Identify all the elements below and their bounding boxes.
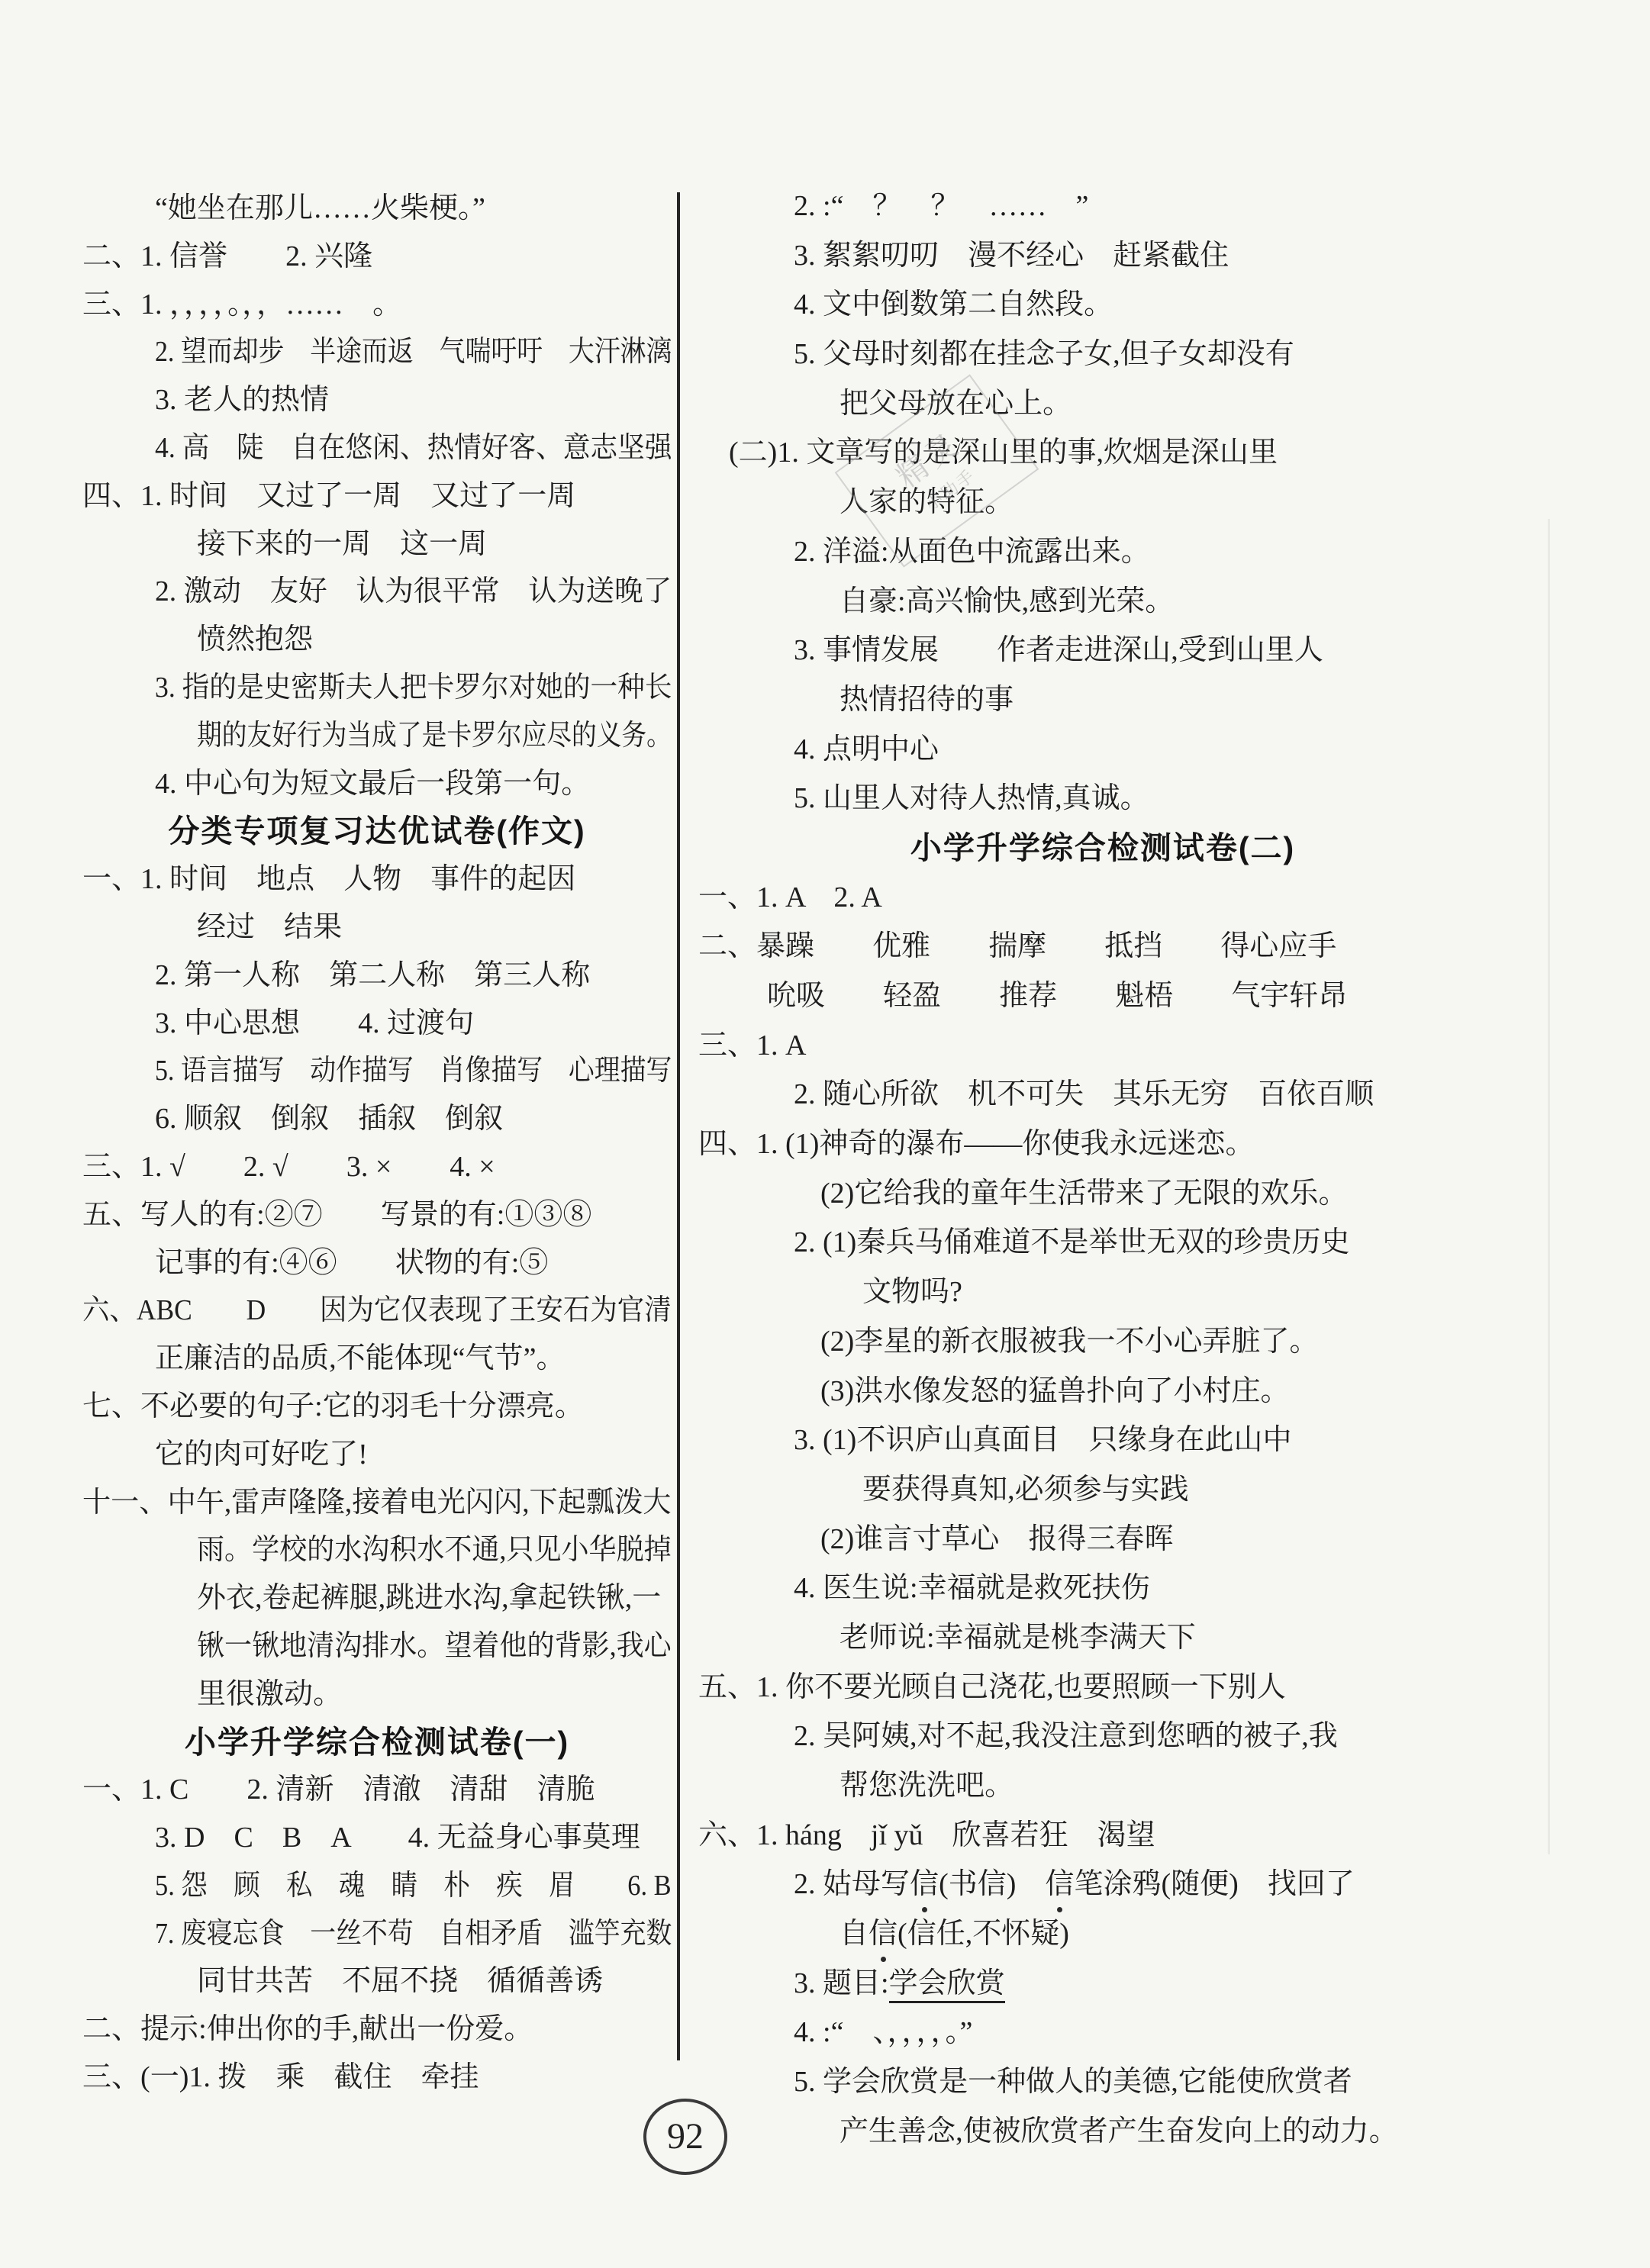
- answer-line: 3. 指的是史密斯夫人把卡罗尔对她的一种长: [82, 664, 672, 712]
- answer-line: 记事的有:④⑥ 状物的有:⑤: [82, 1239, 672, 1287]
- section-header: 分类专项复习达优试卷(作文): [82, 807, 672, 855]
- answer-line: (二)1. 文章写的是深山里的事,炊烟是深山里: [698, 428, 1507, 478]
- answer-line: 产生善念,使被欣赏者产生奋发向上的动力。: [698, 2107, 1507, 2157]
- answer-line: 愤然抱怨: [82, 616, 672, 664]
- answer-line: 二、暴躁 优雅 揣摩 抵挡 得心应手: [698, 922, 1507, 971]
- page-number-badge: 92: [643, 2099, 727, 2175]
- answer-line: 同甘共苦 不屈不挠 循循善诱: [82, 1957, 672, 2005]
- answer-line: 2. 第一人称 第二人称 第三人称: [82, 952, 672, 1000]
- answer-line: 七、不必要的句子:它的羽毛十分漂亮。: [82, 1383, 672, 1431]
- right-column: 2. :“ ？ ？ …… ”3. 絮絮叨叨 漫不经心 赶紧截住4. 文中倒数第二…: [698, 182, 1507, 2157]
- left-column: “她坐在那儿……火柴梗。”二、1. 信誉 2. 兴隆三、1. ，，，，。，，………: [82, 185, 672, 2102]
- answer-line: 老师说:幸福就是桃李满天下: [698, 1613, 1507, 1663]
- answer-line: 7. 废寝忘食 一丝不苟 自相矛盾 滥竽充数: [82, 1910, 672, 1958]
- answer-line: (3)洪水像发怒的猛兽扑向了小村庄。: [698, 1367, 1507, 1416]
- answer-line: 锹一锹地清沟排水。望着他的背影,我心: [82, 1622, 672, 1670]
- answer-line: 4. :“ 、，，，，。”: [698, 2008, 1507, 2057]
- answer-line: 5. 学会欣赏是一种做人的美德,它能使欣赏者: [698, 2057, 1507, 2107]
- answer-line: 5. 父母时刻都在挂念子女,但子女却没有: [698, 330, 1507, 379]
- answer-line: 经过 结果: [82, 904, 672, 952]
- answer-line: 3. (1)不识庐山真面目 只缘身在此山中: [698, 1416, 1507, 1465]
- answer-line: (2)李星的新衣服被我一不小心弄脏了。: [698, 1317, 1507, 1367]
- answer-line: 2. 吴阿姨,对不起,我没注意到您晒的被子,我: [698, 1712, 1507, 1761]
- answer-line: 接下来的一周 这一周: [82, 520, 672, 569]
- answer-line: 一、1. 时间 地点 人物 事件的起因: [82, 855, 672, 904]
- answer-line: 三、1. ，，，，。，，…… 。: [82, 281, 672, 329]
- section-header: 小学升学综合检测试卷(二): [698, 823, 1507, 873]
- answer-line: 2. (1)秦兵马俑难道不是举世无双的珍贵历史: [698, 1218, 1507, 1268]
- answer-line: 文物吗?: [698, 1268, 1507, 1317]
- answer-line: 外衣,卷起裤腿,跳进水沟,拿起铁锹,一: [82, 1574, 672, 1622]
- answer-line: 它的肉可好吃了!: [82, 1431, 672, 1479]
- answer-line: 自豪:高兴愉快,感到光荣。: [698, 577, 1507, 627]
- answer-line: 2. 随心所欲 机不可失 其乐无穷 百依百顺: [698, 1070, 1507, 1120]
- answer-line: 3. 老人的热情: [82, 376, 672, 424]
- answer-line: 五、写人的有:②⑦ 写景的有:①③⑧: [82, 1191, 672, 1239]
- answer-line: 里很激动。: [82, 1670, 672, 1719]
- answer-line: 一、1. A 2. A: [698, 873, 1507, 923]
- answer-line: 3. 中心思想 4. 过渡句: [82, 1000, 672, 1048]
- answer-line: 把父母放在心上。: [698, 379, 1507, 429]
- answer-line: 六、1. háng jǐ yǔ 欣喜若狂 渴望: [698, 1811, 1507, 1860]
- answer-line: (2)它给我的童年生活带来了无限的欢乐。: [698, 1169, 1507, 1219]
- answer-line: 吮吸 轻盈 推荐 魁梧 气宇轩昂: [698, 971, 1507, 1021]
- answer-line: 4. 点明中心: [698, 725, 1507, 775]
- answer-key-page: “她坐在那儿……火柴梗。”二、1. 信誉 2. 兴隆三、1. ，，，，。，，………: [0, 0, 1650, 2268]
- answer-line: 4. 中心句为短文最后一段第一句。: [82, 760, 672, 808]
- answer-line: 四、1. 时间 又过了一周 又过了一周: [82, 472, 672, 520]
- answer-line: 4. 医生说:幸福就是救死扶伤: [698, 1564, 1507, 1613]
- answer-line: 三、1. A: [698, 1021, 1507, 1071]
- answer-line: 自信(信任,不怀疑): [698, 1909, 1507, 1959]
- page-number: 92: [667, 2116, 704, 2157]
- answer-line: 期的友好行为当成了是卡罗尔应尽的义务。: [82, 712, 672, 760]
- answer-line: 帮您洗洗吧。: [698, 1761, 1507, 1811]
- answer-line: 2. 激动 友好 认为很平常 认为送晚了: [82, 568, 672, 616]
- answer-line: 一、1. C 2. 清新 清澈 清甜 清脆: [82, 1766, 672, 1814]
- answer-line: 4. 高 陡 自在悠闲、热情好客、意志坚强: [82, 424, 672, 472]
- answer-line: 雨。学校的水沟积水不通,只见小华脱掉: [82, 1526, 672, 1574]
- answer-line: 4. 文中倒数第二自然段。: [698, 280, 1507, 330]
- answer-line: 5. 怨 顾 私 魂 睛 朴 疾 眉 6. B: [82, 1862, 672, 1910]
- answer-line: 5. 山里人对待人热情,真诚。: [698, 774, 1507, 823]
- answer-line: 热情招待的事: [698, 675, 1507, 725]
- column-divider-rule: [677, 192, 680, 2060]
- answer-line: 二、1. 信誉 2. 兴隆: [82, 233, 672, 281]
- answer-line: 正廉洁的品质,不能体现“气节”。: [82, 1335, 672, 1383]
- answer-line: 要获得真知,必须参与实践: [698, 1465, 1507, 1515]
- answer-line: 6. 顺叙 倒叙 插叙 倒叙: [82, 1095, 672, 1143]
- answer-line: 3. 题目:学会欣赏: [698, 1959, 1507, 2009]
- answer-line: 人家的特征。: [698, 478, 1507, 527]
- answer-line: 3. D C B A 4. 无益身心事莫理: [82, 1814, 672, 1862]
- answer-line: 5. 语言描写 动作描写 肖像描写 心理描写: [82, 1047, 672, 1095]
- answer-line: 五、1. 你不要光顾自己浇花,也要照顾一下别人: [698, 1663, 1507, 1712]
- answer-line: 2. :“ ？ ？ …… ”: [698, 182, 1507, 231]
- answer-line: 六、ABC D 因为它仅表现了王安石为官清: [82, 1287, 672, 1335]
- answer-line: 二、提示:伸出你的手,献出一份爱。: [82, 2005, 672, 2054]
- answer-line: 四、1. (1)神奇的瀑布——你使我永远迷恋。: [698, 1120, 1507, 1169]
- section-header: 小学升学综合检测试卷(一): [82, 1719, 672, 1767]
- answer-line: 2. 望而却步 半途而返 气喘吁吁 大汗淋漓: [82, 328, 672, 376]
- answer-line: (2)谁言寸草心 报得三春晖: [698, 1515, 1507, 1564]
- scan-artifact-streak: [1548, 519, 1550, 1854]
- answer-line: 十一、中午,雷声隆隆,接着电光闪闪,下起瓢泼大: [82, 1479, 672, 1527]
- answer-line: 三、(一)1. 拨 乘 截住 牵挂: [82, 2054, 672, 2102]
- answer-line: 3. 事情发展 作者走进深山,受到山里人: [698, 626, 1507, 675]
- answer-line: 3. 絮絮叨叨 漫不经心 赶紧截住: [698, 231, 1507, 281]
- answer-line: “她坐在那儿……火柴梗。”: [82, 185, 672, 233]
- answer-line: 2. 姑母写信(书信) 信笔涂鸦(随便) 找回了: [698, 1860, 1507, 1909]
- answer-line: 2. 洋溢:从面色中流露出来。: [698, 527, 1507, 577]
- answer-line: 三、1. √ 2. √ 3. × 4. ×: [82, 1143, 672, 1191]
